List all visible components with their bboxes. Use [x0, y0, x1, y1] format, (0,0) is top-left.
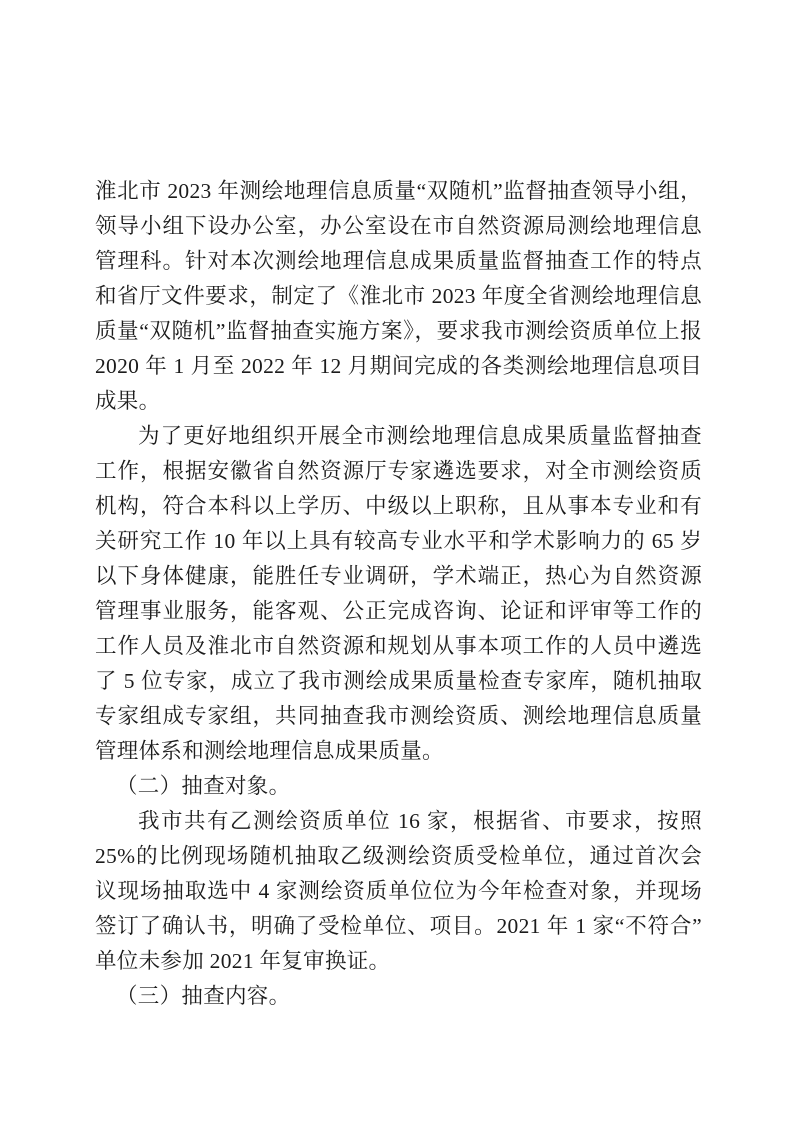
paragraph-leading-group-continuation: 淮北市 2023 年测绘地理信息质量“双随机”监督抽查领导小组，领导小组下设办公…: [95, 174, 702, 419]
text-block: 淮北市 2023 年测绘地理信息质量“双随机”监督抽查领导小组，领导小组下设办公…: [95, 174, 702, 1014]
heading-inspection-content: （三）抽查内容。: [95, 979, 702, 1014]
paragraph-expert-selection: 为了更好地组织开展全市测绘地理信息成果质量监督抽查工作，根据安徽省自然资源厅专家…: [95, 419, 702, 769]
heading-inspection-targets: （二）抽查对象。: [95, 769, 702, 804]
paragraph-inspection-targets: 我市共有乙测绘资质单位 16 家，根据省、市要求，按照 25%的比例现场随机抽取…: [95, 804, 702, 979]
document-page: 淮北市 2023 年测绘地理信息质量“双随机”监督抽查领导小组，领导小组下设办公…: [0, 0, 793, 1122]
